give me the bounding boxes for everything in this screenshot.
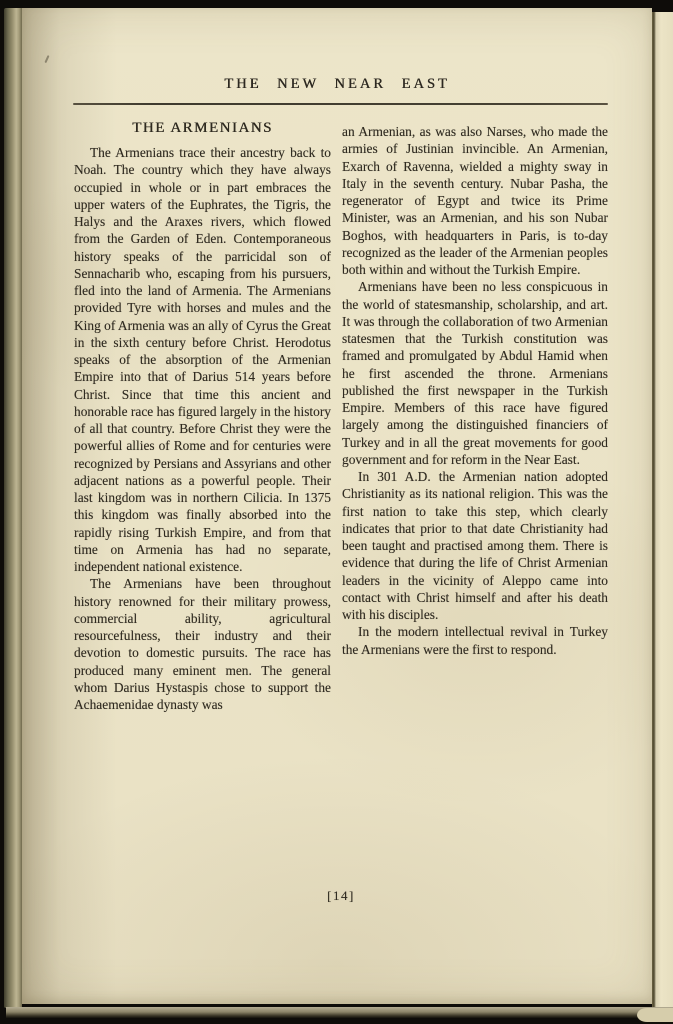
running-header: THE NEW NEAR EAST xyxy=(22,75,652,93)
paragraph: In the modern intellectual revival in Tu… xyxy=(342,623,608,658)
right-column: an Armenian, as was also Narses, who mad… xyxy=(342,119,608,713)
book-scan: THE NEW NEAR EAST THE ARMENIANS The Arme… xyxy=(0,0,673,1024)
book-page: THE NEW NEAR EAST THE ARMENIANS The Arme… xyxy=(22,8,652,1004)
text-columns: THE ARMENIANS The Armenians trace their … xyxy=(74,119,608,713)
paragraph: In 301 A.D. the Armenian nation adopted … xyxy=(342,468,608,623)
next-page-edge xyxy=(652,12,673,1010)
left-column: THE ARMENIANS The Armenians trace their … xyxy=(74,119,331,713)
paragraph-continuation: an Armenian, as was also Narses, who mad… xyxy=(342,123,608,278)
paragraph: The Armenians trace their ancestry back … xyxy=(74,144,331,575)
paper-mark xyxy=(44,55,49,63)
bottom-corner-page-edge xyxy=(637,1008,673,1022)
paragraph: The Armenians have been throughout histo… xyxy=(74,575,331,713)
section-title: THE ARMENIANS xyxy=(74,119,331,137)
paragraph: Armenians have been no less conspicuous … xyxy=(342,278,608,468)
book-binding-edge xyxy=(4,8,22,1008)
bottom-page-edge xyxy=(6,1007,673,1018)
header-rule xyxy=(73,103,608,105)
page-number: [14] xyxy=(74,888,608,904)
